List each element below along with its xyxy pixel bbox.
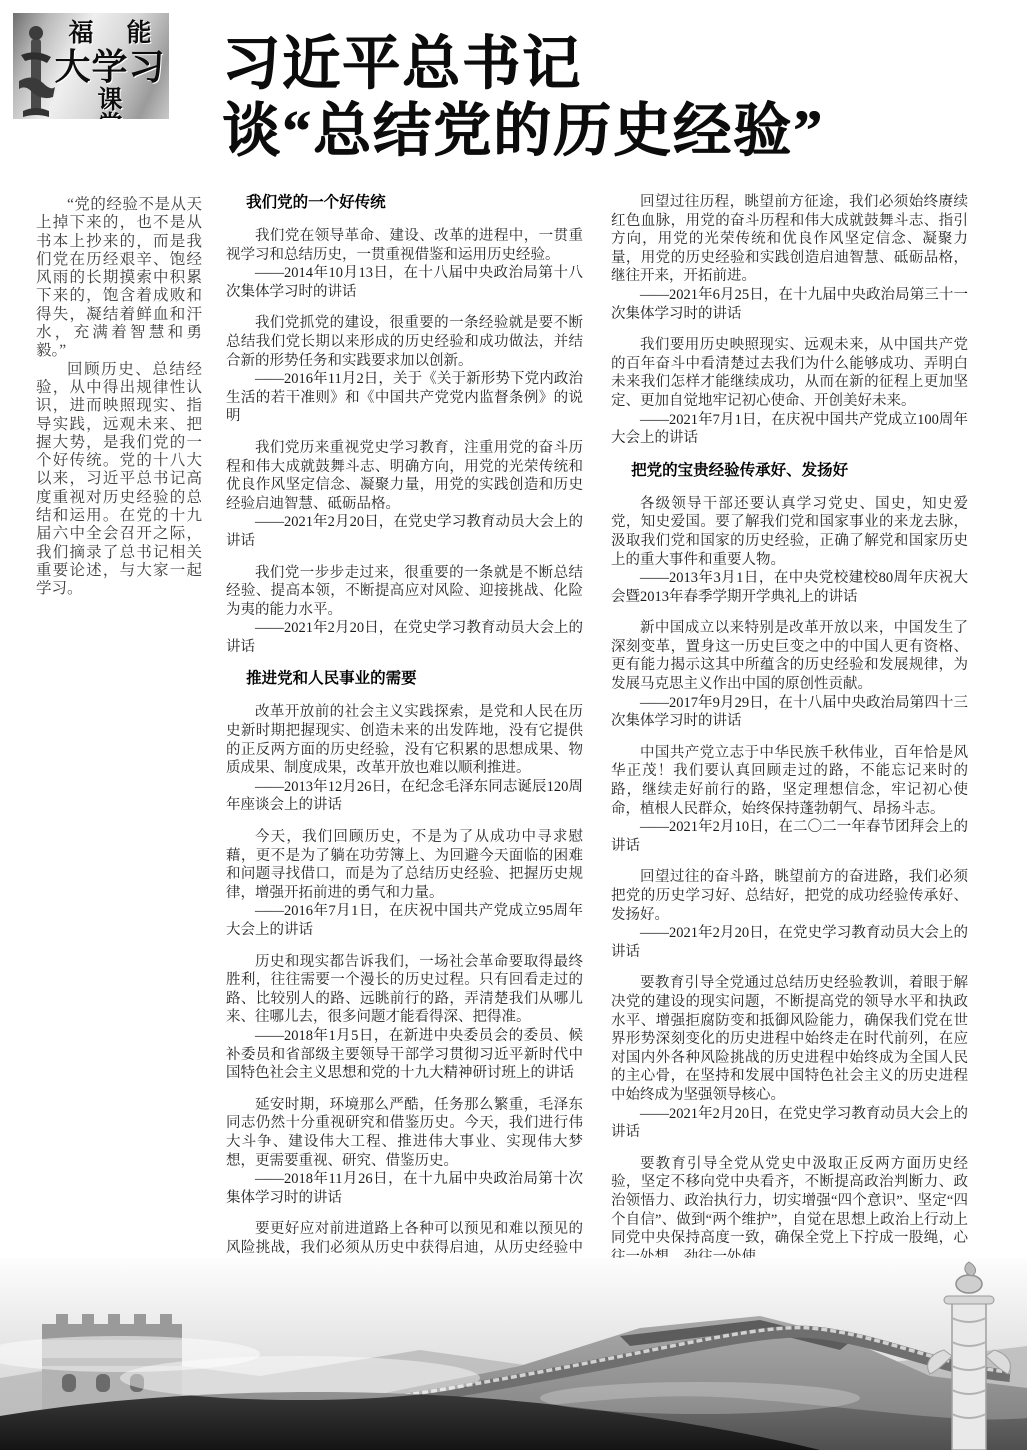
quote-text: 我们党历来重视党史学习教育，注重用党的奋斗历程和伟大成就鼓舞斗志、明确方向，用党… xyxy=(226,439,583,513)
intro-quote: “党的经验不是从天上掉下来的，也不是从书本上抄来的，而是我们党在历经艰辛、饱经风… xyxy=(36,196,202,361)
logo-line2: 大学习 xyxy=(53,49,167,85)
quote-source: ——2021年2月20日，在党史学习教育动员大会上的讲话 xyxy=(611,924,968,961)
quote-text: 回望过往历程，眺望前方征途，我们必须始终赓续红色血脉，用党的奋斗历程和伟大成就鼓… xyxy=(611,193,968,286)
quote-text: 延安时期，环境那么严酷，任务那么繁重，毛泽东同志仍然十分重视研究和借鉴历史。今天… xyxy=(226,1096,583,1170)
page-title-line1: 习近平总书记 xyxy=(222,30,982,97)
quote-text: 我们党一步步走过来，很重要的一条就是不断总结经验、提高本领，不断提高应对风险、迎… xyxy=(226,564,583,620)
intro-paragraph: 回顾历史、总结经验，从中得出规律性认识，进而映照现实、指导实践，远观未来、把握大… xyxy=(36,361,202,599)
huabiao-pillar-icon xyxy=(17,21,57,119)
quote-text: 回望过往的奋斗路，眺望前方的奋进路，我们必须把党的历史学习好、总结好，把党的成功… xyxy=(611,868,968,924)
quote-block: 历史和现实都告诉我们，一场社会革命要取得最终胜利，往往需要一个漫长的历史过程。只… xyxy=(226,953,583,1083)
logo-line3: 课 堂 xyxy=(53,88,167,119)
quote-text: 中国共产党立志于中华民族千秋伟业，百年恰是风华正茂！我们要认真回顾走过的路，不能… xyxy=(611,744,968,818)
section-heading: 推进党和人民事业的需要 xyxy=(226,669,583,689)
quote-block: 各级领导干部还要认真学习党史、国史，知史爱党，知史爱国。要了解我们党和国家事业的… xyxy=(611,495,968,607)
quote-text: 改革开放前的社会主义实践探索，是党和人民在历史新时期把握现实、创造未来的出发阵地… xyxy=(226,703,583,777)
quote-source: ——2021年2月20日，在党史学习教育动员大会上的讲话 xyxy=(611,1105,968,1142)
logo-text: 福 能 大学习 课 堂 xyxy=(53,15,167,119)
masthead-logo: 福 能 大学习 课 堂 xyxy=(13,13,169,119)
quote-block: 回望过往的奋斗路，眺望前方的奋进路，我们必须把党的历史学习好、总结好，把党的成功… xyxy=(611,868,968,961)
quote-block: 回望过往历程，眺望前方征途，我们必须始终赓续红色血脉，用党的奋斗历程和伟大成就鼓… xyxy=(611,193,968,323)
quote-text: 历史和现实都告诉我们，一场社会革命要取得最终胜利，往往需要一个漫长的历史过程。只… xyxy=(226,953,583,1027)
section-heading: 我们党的一个好传统 xyxy=(226,193,583,213)
quote-source: ——2018年11月26日，在十九届中央政治局第十次集体学习时的讲话 xyxy=(226,1170,583,1207)
quote-source: ——2018年1月5日，在新进中央委员会的委员、候补委员和省部级主要领导干部学习… xyxy=(226,1027,583,1083)
quote-block: 我们党抓党的建设，很重要的一条经验就是要不断总结我们党长期以来形成的历史经验和成… xyxy=(226,314,583,426)
quote-block: 今天，我们回顾历史，不是为了从成功中寻求慰藉，更不是为了躺在功劳簿上、为回避今天… xyxy=(226,828,583,940)
quote-text: 今天，我们回顾历史，不是为了从成功中寻求慰藉，更不是为了躺在功劳簿上、为回避今天… xyxy=(226,828,583,902)
quote-block: 我们党一步步走过来，很重要的一条就是不断总结经验、提高本领，不断提高应对风险、迎… xyxy=(226,564,583,657)
quote-text: 要教育引导全党通过总结历史经验教训，着眼于解决党的建设的现实问题，不断提高党的领… xyxy=(611,974,968,1104)
quote-block: 延安时期，环境那么严酷，任务那么繁重，毛泽东同志仍然十分重视研究和借鉴历史。今天… xyxy=(226,1096,583,1208)
quote-source: ——2016年7月1日，在庆祝中国共产党成立95周年大会上的讲话 xyxy=(226,902,583,939)
quote-source: ——2021年2月10日，在二〇二一年春节团拜会上的讲话 xyxy=(611,818,968,855)
quote-block: 我们党在领导革命、建设、改革的进程中，一贯重视学习和总结历史，一贯重视借鉴和运用… xyxy=(226,227,583,301)
quote-source: ——2013年12月26日，在纪念毛泽东同志诞辰120周年座谈会上的讲话 xyxy=(226,778,583,815)
great-wall-image xyxy=(0,1258,1027,1450)
quote-text: 我们党在领导革命、建设、改革的进程中，一贯重视学习和总结历史，一贯重视借鉴和运用… xyxy=(226,227,583,264)
quote-block: 我们党历来重视党史学习教育，注重用党的奋斗历程和伟大成就鼓舞斗志、明确方向，用党… xyxy=(226,439,583,551)
quote-source: ——2021年7月1日，在庆祝中国共产党成立100周年大会上的讲话 xyxy=(611,411,968,448)
quote-source: ——2014年10月13日，在十八届中央政治局第十八次集体学习时的讲话 xyxy=(226,264,583,301)
section-heading: 把党的宝贵经验传承好、发扬好 xyxy=(611,461,968,481)
quote-block: 改革开放前的社会主义实践探索，是党和人民在历史新时期把握现实、创造未来的出发阵地… xyxy=(226,703,583,815)
quote-source: ——2021年6月25日，在十九届中央政治局第三十一次集体学习时的讲话 xyxy=(611,286,968,323)
quote-block: 要教育引导全党通过总结历史经验教训，着眼于解决党的建设的现实问题，不断提高党的领… xyxy=(611,974,968,1141)
quote-source: ——2013年3月1日，在中央党校建校80周年庆祝大会暨2013年春季学期开学典… xyxy=(611,569,968,606)
quote-block: 我们要用历史映照现实、远观未来，从中国共产党的百年奋斗中看清楚过去我们为什么能够… xyxy=(611,336,968,448)
article-column-left: 我们党的一个好传统我们党在领导革命、建设、改革的进程中，一贯重视学习和总结历史，… xyxy=(226,193,583,1326)
logo-line1: 福 能 xyxy=(53,21,167,46)
quote-source: ——2021年2月20日，在党史学习教育动员大会上的讲话 xyxy=(226,513,583,550)
quote-text: 要教育引导全党从党史中汲取正反两方面历史经验，坚定不移向党中央看齐，不断提高政治… xyxy=(611,1155,968,1267)
quote-source: ——2017年9月29日，在十八届中央政治局第四十三次集体学习时的讲话 xyxy=(611,694,968,731)
article-column-right: 回望过往历程，眺望前方征途，我们必须始终赓续红色血脉，用党的奋斗历程和伟大成就鼓… xyxy=(611,193,968,1422)
quote-text: 各级领导干部还要认真学习党史、国史，知史爱党，知史爱国。要了解我们党和国家事业的… xyxy=(611,495,968,569)
quote-block: 中国共产党立志于中华民族千秋伟业，百年恰是风华正茂！我们要认真回顾走过的路，不能… xyxy=(611,744,968,856)
quote-block: 新中国成立以来特别是改革开放以来，中国发生了深刻变革，置身这一历史巨变之中的中国… xyxy=(611,619,968,731)
quote-source: ——2021年2月20日，在党史学习教育动员大会上的讲话 xyxy=(226,619,583,656)
quote-source: ——2016年11月2日，关于《关于新形势下党内政治生活的若干准则》和《中国共产… xyxy=(226,370,583,426)
intro-sidebar: “党的经验不是从天上掉下来的，也不是从书本上抄来的，而是我们党在历经艰辛、饱经风… xyxy=(36,196,202,599)
quote-text: 我们要用历史映照现实、远观未来，从中国共产党的百年奋斗中看清楚过去我们为什么能够… xyxy=(611,336,968,410)
page-title: 习近平总书记 谈“总结党的历史经验” xyxy=(222,30,982,164)
newspaper-page: { "logo": { "line1": "福 能", "line2": "大学… xyxy=(0,0,1027,1450)
quote-text: 我们党抓党的建设，很重要的一条经验就是要不断总结我们党长期以来形成的历史经验和成… xyxy=(226,314,583,370)
page-title-line2: 谈“总结党的历史经验” xyxy=(222,97,982,164)
quote-text: 新中国成立以来特别是改革开放以来，中国发生了深刻变革，置身这一历史巨变之中的中国… xyxy=(611,619,968,693)
